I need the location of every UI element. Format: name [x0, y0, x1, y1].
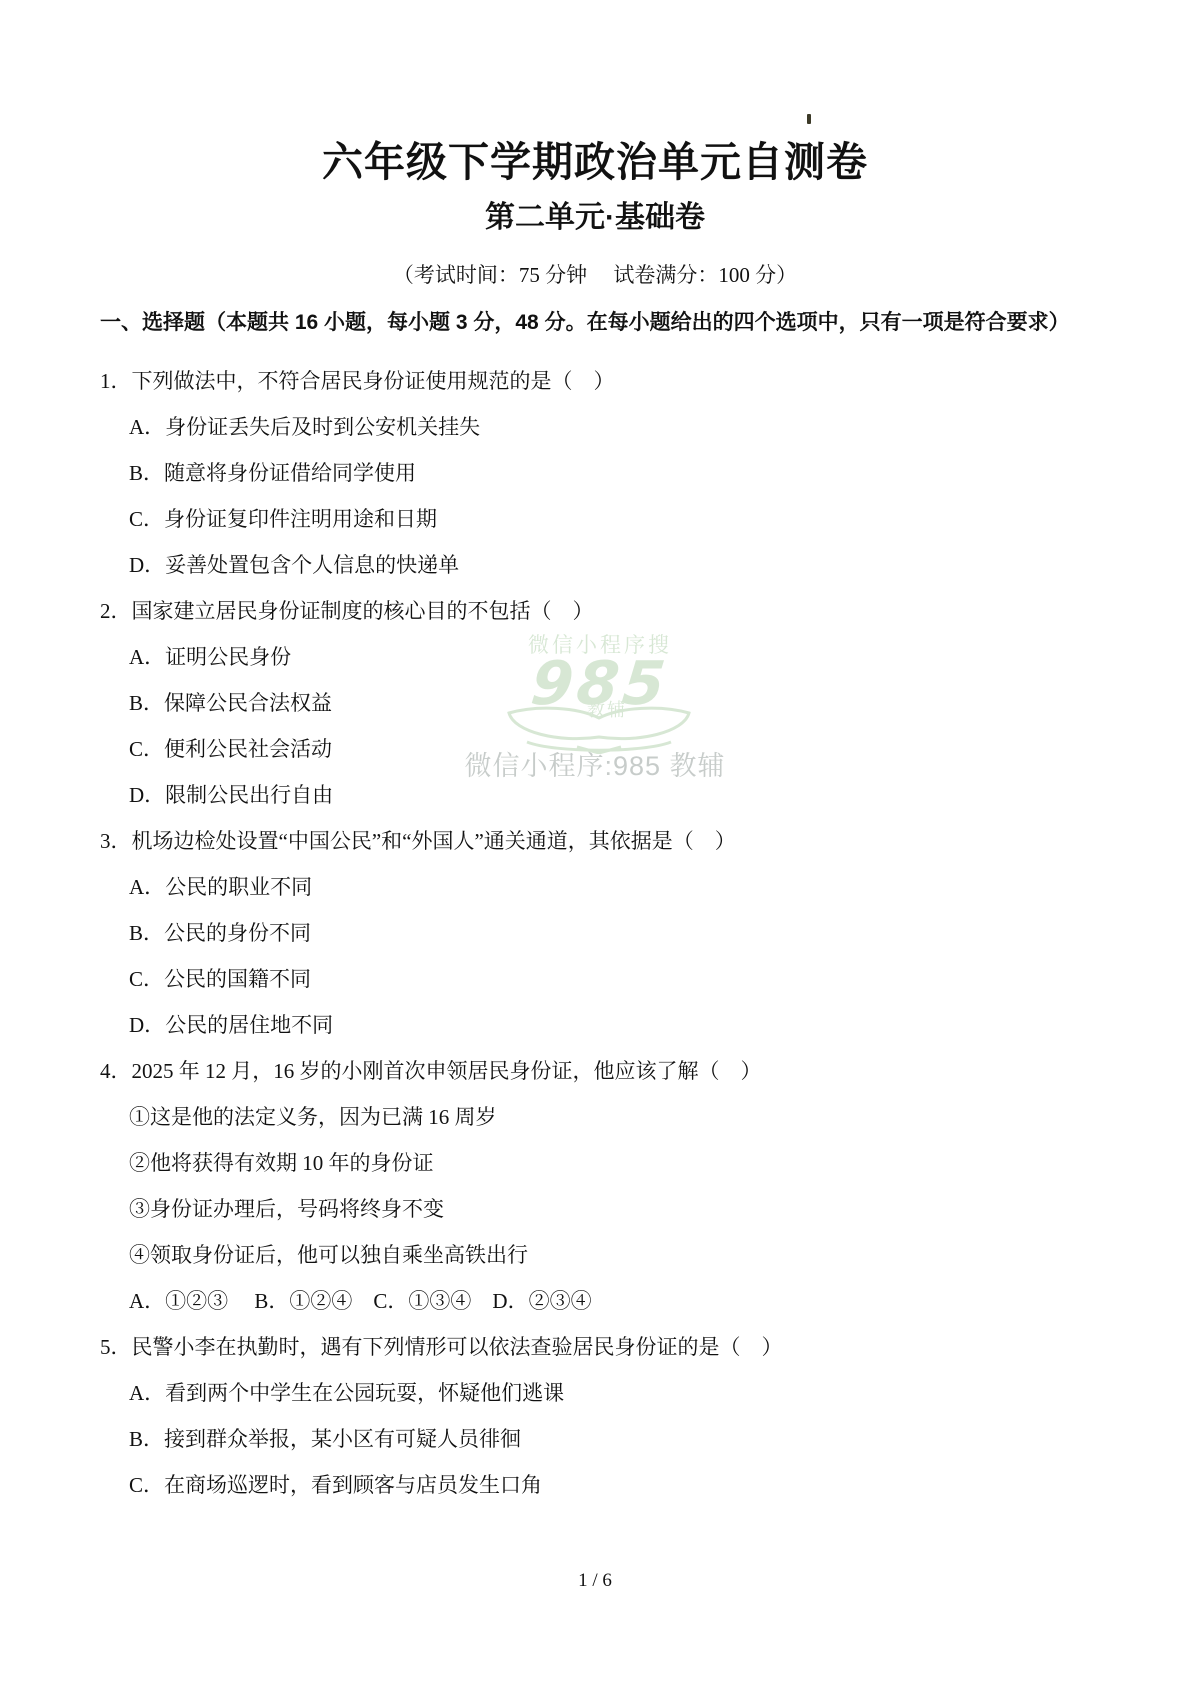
question-5-text: 民警小李在执勤时，遇有下列情形可以依法查验居民身份证的是（ ） — [132, 1335, 783, 1359]
question-1-option-d: D．妥善处置包含个人信息的快递单 — [129, 552, 1090, 578]
question-1-option-a: A．身份证丢失后及时到公安机关挂失 — [129, 414, 1090, 440]
question-4-number: 4． — [100, 1059, 132, 1083]
question-list: 1．下列做法中，不符合居民身份证使用规范的是（ ） A．身份证丢失后及时到公安机… — [100, 368, 1090, 1498]
question-2-option-a: A．证明公民身份 — [129, 644, 1090, 670]
question-1-option-b: B．随意将身份证借给同学使用 — [129, 460, 1090, 486]
question-2-stem: 2．国家建立居民身份证制度的核心目的不包括（ ） — [100, 598, 1090, 624]
page-title: 六年级下学期政治单元自测卷 — [100, 0, 1090, 186]
question-4-options-line: A．①②③ B．①②④ C．①③④ D．②③④ — [129, 1288, 1090, 1314]
question-1: 1．下列做法中，不符合居民身份证使用规范的是（ ） A．身份证丢失后及时到公安机… — [100, 368, 1090, 578]
question-4-item-1: ①这是他的法定义务，因为已满 16 周岁 — [129, 1104, 1090, 1130]
page-subtitle: 第二单元·基础卷 — [100, 200, 1090, 236]
page-number: 1 / 6 — [0, 1570, 1190, 1592]
question-5-stem: 5．民警小李在执勤时，遇有下列情形可以依法查验居民身份证的是（ ） — [100, 1334, 1090, 1360]
question-5: 5．民警小李在执勤时，遇有下列情形可以依法查验居民身份证的是（ ） A．看到两个… — [100, 1334, 1090, 1498]
question-4: 4．2025 年 12 月，16 岁的小刚首次申领居民身份证，他应该了解（ ） … — [100, 1058, 1090, 1314]
question-5-number: 5． — [100, 1335, 132, 1359]
question-3-option-c: C．公民的国籍不同 — [129, 966, 1090, 992]
question-4-stem: 4．2025 年 12 月，16 岁的小刚首次申领居民身份证，他应该了解（ ） — [100, 1058, 1090, 1084]
question-5-option-b: B．接到群众举报，某小区有可疑人员徘徊 — [129, 1426, 1090, 1452]
question-2-option-c: C．便利公民社会活动 — [129, 736, 1090, 762]
question-5-option-a: A．看到两个中学生在公园玩耍，怀疑他们逃课 — [129, 1380, 1090, 1406]
question-1-stem: 1．下列做法中，不符合居民身份证使用规范的是（ ） — [100, 368, 1090, 394]
question-3-option-b: B．公民的身份不同 — [129, 920, 1090, 946]
question-4-item-3: ③身份证办理后，号码将终身不变 — [129, 1196, 1090, 1222]
exam-paper-page: 微信小程序搜 985 教辅 微信小程序:985 教辅 六年级下学期政治单元自测卷… — [0, 0, 1190, 1683]
question-2-text: 国家建立居民身份证制度的核心目的不包括（ ） — [132, 599, 594, 623]
stray-mark-artifact — [807, 114, 811, 124]
question-3-number: 3． — [100, 829, 132, 853]
exam-info-line: （考试时间：75 分钟 试卷满分：100 分） — [100, 262, 1090, 288]
document-content: 六年级下学期政治单元自测卷 第二单元·基础卷 （考试时间：75 分钟 试卷满分：… — [0, 0, 1190, 1498]
question-1-number: 1． — [100, 369, 132, 393]
question-3: 3．机场边检处设置“中国公民”和“外国人”通关通道，其依据是（ ） A．公民的职… — [100, 828, 1090, 1038]
question-4-item-4: ④领取身份证后，他可以独自乘坐高铁出行 — [129, 1242, 1090, 1268]
question-2-number: 2． — [100, 599, 132, 623]
question-3-stem: 3．机场边检处设置“中国公民”和“外国人”通关通道，其依据是（ ） — [100, 828, 1090, 854]
question-3-option-d: D．公民的居住地不同 — [129, 1012, 1090, 1038]
question-4-item-2: ②他将获得有效期 10 年的身份证 — [129, 1150, 1090, 1176]
question-2-option-b: B．保障公民合法权益 — [129, 690, 1090, 716]
question-2-option-d: D．限制公民出行自由 — [129, 782, 1090, 808]
question-1-text: 下列做法中，不符合居民身份证使用规范的是（ ） — [132, 369, 615, 393]
question-3-option-a: A．公民的职业不同 — [129, 874, 1090, 900]
question-2: 2．国家建立居民身份证制度的核心目的不包括（ ） A．证明公民身份 B．保障公民… — [100, 598, 1090, 808]
question-5-option-c: C．在商场巡逻时，看到顾客与店员发生口角 — [129, 1472, 1090, 1498]
question-3-text: 机场边检处设置“中国公民”和“外国人”通关通道，其依据是（ ） — [132, 829, 736, 853]
question-4-text: 2025 年 12 月，16 岁的小刚首次申领居民身份证，他应该了解（ ） — [132, 1059, 762, 1083]
question-1-option-c: C．身份证复印件注明用途和日期 — [129, 506, 1090, 532]
section-heading: 一、选择题（本题共 16 小题，每小题 3 分，48 分。在每小题给出的四个选项… — [100, 310, 1090, 336]
